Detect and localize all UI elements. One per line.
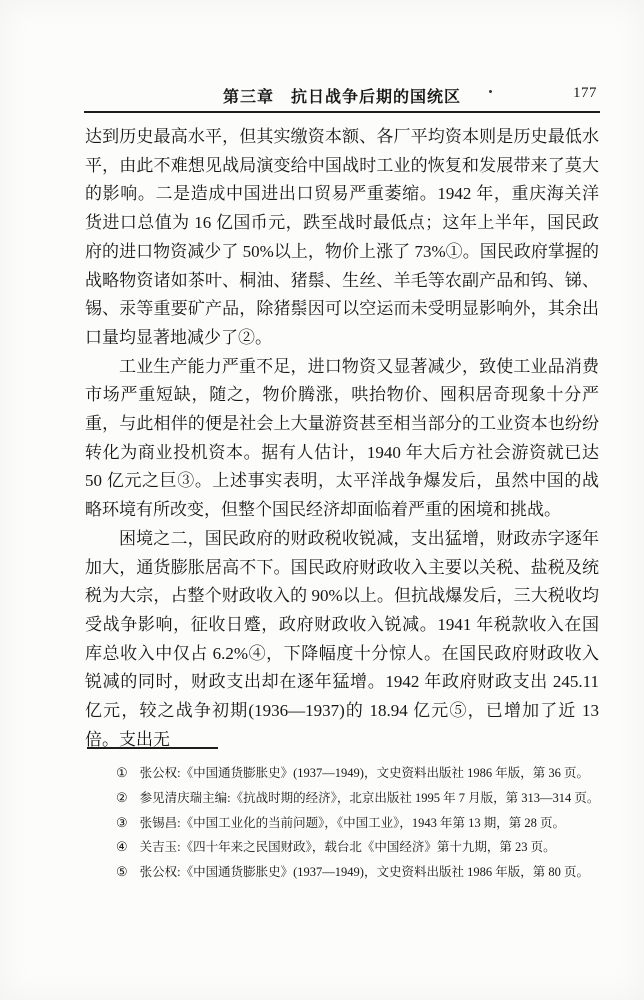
footnote-text: 张公权:《中国通货膨胀史》(1937—1949)，文史资料出版社 1986 年版… <box>140 766 589 780</box>
footnote-text: 张锡昌:《中国工业化的当前问题》，《中国工业》，1943 年第 13 期，第 2… <box>140 816 565 830</box>
footnote-text: 关吉玉:《四十年来之民国财政》，载台北《中国经济》第十九期，第 23 页。 <box>140 840 556 854</box>
scan-speck <box>489 90 492 93</box>
footnote-text: 参见清庆瑞主编:《抗战时期的经济》，北京出版社 1995 年 7 月版，第 31… <box>140 791 600 805</box>
chapter-title: 第三章 抗日战争后期的国统区 <box>85 84 599 107</box>
footnote-marker: ① <box>116 765 128 780</box>
footnote-marker: ② <box>116 790 128 805</box>
paragraph: 达到历史最高水平，但其实缴资本额、各厂平均资本则是历史最低水平，由此不难想见战局… <box>85 123 599 353</box>
footnote-item: ②参见清庆瑞主编:《抗战时期的经济》，北京出版社 1995 年 7 月版，第 3… <box>85 786 601 811</box>
footnote-item: ①张公权:《中国通货膨胀史》(1937—1949)，文史资料出版社 1986 年… <box>85 761 601 786</box>
page-number: 177 <box>573 85 597 102</box>
paragraph: 工业生产能力严重不足，进口物资又显著减少，致使工业品消费市场严重短缺，随之，物价… <box>85 353 599 525</box>
paragraph: 困境之二，国民政府的财政税收锐减，支出猛增，财政赤字逐年加大，通货膨胀居高不下。… <box>85 525 599 755</box>
footnote-item: ④关吉玉:《四十年来之民国财政》，载台北《中国经济》第十九期，第 23 页。 <box>85 835 601 860</box>
footnote-item: ⑤张公权:《中国通货膨胀史》(1937—1949)，文史资料出版社 1986 年… <box>85 860 601 885</box>
footnote-rule <box>87 747 218 749</box>
page-container: 第三章 抗日战争后期的国统区 177 达到历史最高水平，但其实缴资本额、各厂平均… <box>0 0 644 1000</box>
header-rule <box>84 111 600 113</box>
footnote-marker: ③ <box>116 815 128 830</box>
page-header: 第三章 抗日战争后期的国统区 177 <box>85 84 599 106</box>
footnote-marker: ④ <box>116 839 128 854</box>
footnote-item: ③张锡昌:《中国工业化的当前问题》，《中国工业》，1943 年第 13 期，第 … <box>85 811 601 836</box>
body-text: 达到历史最高水平，但其实缴资本额、各厂平均资本则是历史最低水平，由此不难想见战局… <box>85 123 599 754</box>
footnote-marker: ⑤ <box>116 864 128 879</box>
footnote-text: 张公权:《中国通货膨胀史》(1937—1949)，文史资料出版社 1986 年版… <box>140 865 589 879</box>
footnotes-section: ①张公权:《中国通货膨胀史》(1937—1949)，文史资料出版社 1986 年… <box>85 761 601 885</box>
